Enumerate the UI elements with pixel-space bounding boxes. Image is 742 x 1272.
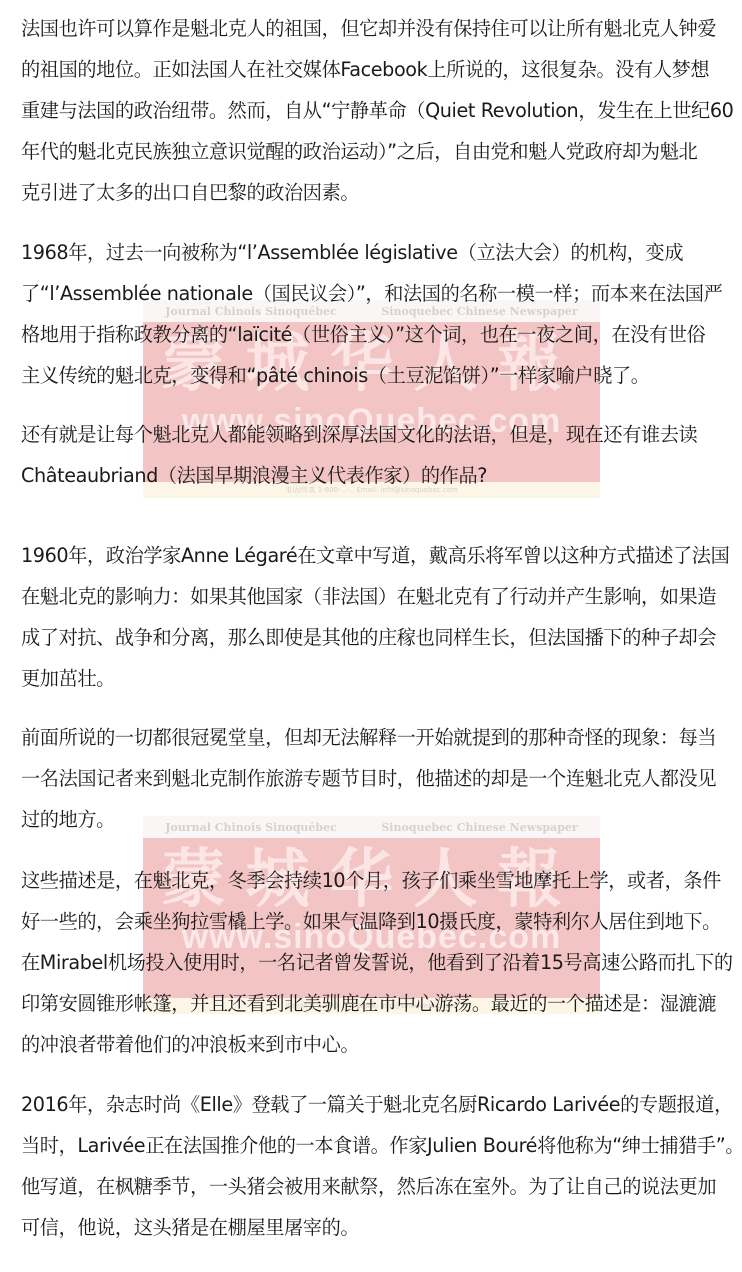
text-line: 可信，他说，这头猪是在棚屋里屠宰的。	[21, 1207, 727, 1248]
text-line: 一名法国记者来到魁北克制作旅游专题节目时，他描述的却是一个连魁北克人都没见	[21, 758, 727, 799]
paragraph-5: 前面所说的一切都很冠冕堂皇，但却无法解释一开始就提到的那种奇怪的现象：每当 一名…	[21, 717, 727, 840]
text-line: 重建与法国的政治纽带。然而，自从“宁静革命（Quiet Revolution，发…	[21, 90, 727, 131]
text-line: 了“l’Assemblée nationale（国民议会）”，和法国的名称一模一…	[21, 273, 727, 314]
text-line: 还有就是让每个魁北克人都能领略到深厚法国文化的法语，但是，现在还有谁去读	[21, 414, 727, 455]
text-line: 格地用于指称政教分离的“laïcité（世俗主义）”这个词，也在一夜之间，在没有…	[21, 314, 727, 355]
text-line: 2016年，杂志时尚《Elle》登载了一篇关于魁北克名厨Ricardo Lari…	[21, 1084, 727, 1125]
text-line: 更加茁壮。	[21, 658, 727, 699]
paragraph-6: 这些描述是，在魁北克，冬季会持续10个月，孩子们乘坐雪地摩托上学，或者，条件 好…	[21, 860, 727, 1065]
paragraph-7: 2016年，杂志时尚《Elle》登载了一篇关于魁北克名厨Ricardo Lari…	[21, 1084, 727, 1248]
text-line: 当时，Larivée正在法国推介他的一本食谱。作家Julien Bouré将他称…	[21, 1125, 727, 1166]
paragraph-2: 1968年，过去一向被称为“l’Assemblée législative（立法…	[21, 232, 727, 396]
text-line: 印第安圆锥形帐篷，并且还看到北美驯鹿在市中心游荡。最近的一个描述是：湿漉漉	[21, 983, 727, 1024]
paragraph-4: 1960年，政治学家Anne Légaré在文章中写道，戴高乐将军曾以这种方式描…	[21, 535, 727, 699]
text-line: 的祖国的地位。正如法国人在社交媒体Facebook上所说的，这很复杂。没有人梦想	[21, 49, 727, 90]
text-line: 他写道，在枫糖季节，一头猪会被用来献祭，然后冻在室外。为了让自己的说法更加	[21, 1166, 727, 1207]
text-line: 好一些的，会乘坐狗拉雪橇上学。如果气温降到10摄氏度，蒙特利尔人居住到地下。	[21, 901, 727, 942]
text-line: 克引进了太多的出口自巴黎的政治因素。	[21, 172, 727, 213]
text-line: 的冲浪者带着他们的冲浪板来到市中心。	[21, 1024, 727, 1065]
text-line: 主义传统的魁北克，变得和“pâté chinois（土豆泥馅饼）”一样家喻户晓了…	[21, 355, 727, 396]
paragraph-1: 法国也许可以算作是魁北克人的祖国，但它却并没有保持住可以让所有魁北克人钟爱 的祖…	[21, 8, 727, 213]
text-line: 在魁北克的影响力：如果其他国家（非法国）在魁北克有了行动并产生影响，如果造	[21, 576, 727, 617]
text-line: 这些描述是，在魁北克，冬季会持续10个月，孩子们乘坐雪地摩托上学，或者，条件	[21, 860, 727, 901]
text-line: 法国也许可以算作是魁北克人的祖国，但它却并没有保持住可以让所有魁北克人钟爱	[21, 8, 727, 49]
text-line: 前面所说的一切都很冠冕堂皇，但却无法解释一开始就提到的那种奇怪的现象：每当	[21, 717, 727, 758]
text-line: 在Mirabel机场投入使用时，一名记者曾发誓说，他看到了沿着15号高速公路而扎…	[21, 942, 727, 983]
text-line: 1968年，过去一向被称为“l’Assemblée législative（立法…	[21, 232, 727, 273]
paragraph-3: 还有就是让每个魁北克人都能领略到深厚法国文化的法语，但是，现在还有谁去读 Châ…	[21, 414, 727, 496]
text-line: 成了对抗、战争和分离，那么即使是其他的庄稼也同样生长，但法国播下的种子却会	[21, 617, 727, 658]
text-line: 年代的魁北克民族独立意识觉醒的政治运动）”之后，自由党和魁人党政府却为魁北	[21, 131, 727, 172]
text-line: Châteaubriand（法国早期浪漫主义代表作家）的作品?	[21, 455, 727, 496]
text-line: 1960年，政治学家Anne Légaré在文章中写道，戴高乐将军曾以这种方式描…	[21, 535, 727, 576]
text-line: 过的地方。	[21, 799, 727, 840]
